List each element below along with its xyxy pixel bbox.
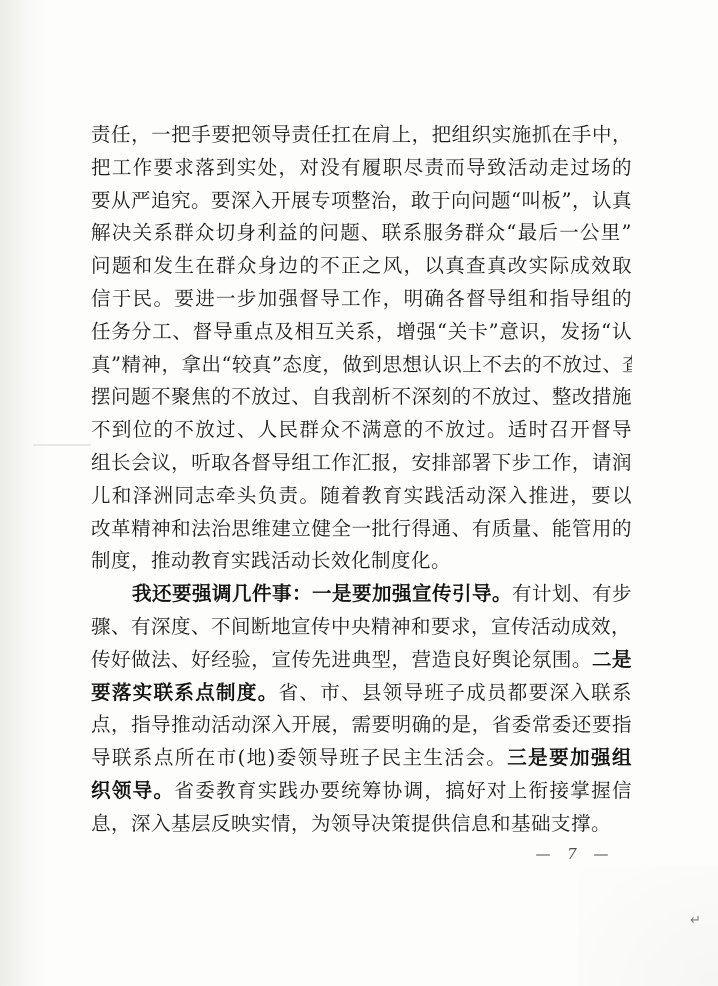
text-line: 点，指导推动活动深入开展，需要明确的是，省委常委还要指 [91,709,632,742]
text-line: 解决关系群众切身利益的问题、联系服务群众“最后一公里” [91,217,632,250]
scan-left-bleed-band [0,0,46,986]
document-page: 责任，一把手要把领导责任扛在肩上，把组织实施抓在手中，把工作要求落到实处，对没有… [0,0,718,986]
text-line: 信于民。要进一步加强督导工作，明确各督导组和指导组的 [91,283,632,316]
text-segment: 真”精神，拿出“较真”态度，做到思想认识上不去的不放过、查 [91,353,632,376]
text-line: 任务分工、督导重点及相互关系，增强“关卡”意识，发扬“认 [91,316,632,349]
text-segment: 组长会议，听取各督导组工作汇报，安排部署下步工作，请润 [91,451,632,474]
text-segment: 任务分工、督导重点及相互关系，增强“关卡”意识，发扬“认 [91,320,632,343]
text-line: 摆问题不聚焦的不放过、自我剖析不深刻的不放过、整改措施 [91,381,632,414]
text-line: 息，深入基层反映实情，为领导决策提供信息和基础支撑。 [91,808,632,841]
text-line: 组长会议，听取各督导组工作汇报，安排部署下步工作，请润 [91,447,632,480]
text-line: 真”精神，拿出“较真”态度，做到思想认识上不去的不放过、查 [91,349,632,382]
text-segment-bold: 三是要加强组 [507,746,632,769]
text-line: 把工作要求落到实处，对没有履职尽责而导致活动走过场的 [91,152,632,185]
text-segment: 责任，一把手要把领导责任扛在肩上，把组织实施抓在手中， [91,123,632,146]
text-segment: 解决关系群众切身利益的问题、联系服务群众“最后一公里” [91,221,632,244]
text-line: 儿和泽洲同志牵头负责。随着教育实践活动深入推进，要以 [91,480,632,513]
page-number: — 7 — [528,845,618,863]
scan-smudge-artifact [33,444,91,446]
text-segment: 息，深入基层反映实情，为领导决策提供信息和基础支撑。 [91,812,611,835]
text-segment: 问题和发生在群众身边的不正之风，以真查真改实际成效取 [91,254,632,277]
text-segment: 把工作要求落到实处，对没有履职尽责而导致活动走过场的 [91,156,632,179]
text-line: 传好做法、好经验，宣传先进典型，营造良好舆论氛围。二是 [91,644,632,677]
text-segment: 骤、有深度、不间断地宣传中央精神和要求，宣传活动成效，宣 [91,615,632,638]
text-segment: 信于民。要进一步加强督导工作，明确各督导组和指导组的 [91,287,632,310]
text-line: 要落实联系点制度。省、市、县领导班子成员都要深入联系 [91,677,632,710]
text-segment-bold: 要落实联系点制度。 [91,681,279,704]
text-segment: 有计划、有步 [512,582,632,605]
text-segment: 省委教育实践办要统筹协调，搞好对上衔接掌握信 [174,779,632,802]
text-line: 织领导。省委教育实践办要统筹协调，搞好对上衔接掌握信 [91,775,632,808]
text-line: 我还要强调几件事：一是要加强宣传引导。有计划、有步 [91,578,632,611]
text-segment: 不到位的不放过、人民群众不满意的不放过。适时召开督导 [91,418,632,441]
body-text-block: 责任，一把手要把领导责任扛在肩上，把组织实施抓在手中，把工作要求落到实处，对没有… [91,119,632,841]
text-segment-bold: 二是 [592,648,632,671]
text-line: 制度，推动教育实践活动长效化制度化。 [91,545,632,578]
text-segment: 改革精神和法治思维建立健全一批行得通、有质量、能管用的 [91,517,632,540]
text-segment: 传好做法、好经验，宣传先进典型，营造良好舆论氛围。 [91,648,592,671]
text-segment: 制度，推动教育实践活动长效化制度化。 [91,549,451,572]
text-line: 改革精神和法治思维建立健全一批行得通、有质量、能管用的 [91,513,632,546]
text-line: 导联系点所在市(地)委领导班子民主生活会。三是要加强组 [91,742,632,775]
text-segment: 要从严追究。要深入开展专项整治，敢于向问题“叫板”，认真 [91,189,632,212]
text-segment: 省、市、县领导班子成员都要深入联系 [279,681,632,704]
text-line: 不到位的不放过、人民群众不满意的不放过。适时召开督导 [91,414,632,447]
text-segment: 摆问题不聚焦的不放过、自我剖析不深刻的不放过、整改措施 [91,385,632,408]
text-segment: 儿和泽洲同志牵头负责。随着教育实践活动深入推进，要以 [91,484,632,507]
text-line: 骤、有深度、不间断地宣传中央精神和要求，宣传活动成效，宣 [91,611,632,644]
text-line: 问题和发生在群众身边的不正之风，以真查真改实际成效取 [91,250,632,283]
text-segment-bold: 织领导。 [91,779,174,802]
text-segment-bold: 我还要强调几件事：一是要加强宣传引导。 [132,582,512,605]
return-mark-icon: ↵ [690,913,701,928]
text-segment: 导联系点所在市(地)委领导班子民主生活会。 [91,746,507,769]
text-line: 要从严追究。要深入开展专项整治，敢于向问题“叫板”，认真 [91,185,632,218]
text-segment: 点，指导推动活动深入开展，需要明确的是，省委常委还要指 [91,713,632,736]
text-line: 责任，一把手要把领导责任扛在肩上，把组织实施抓在手中， [91,119,632,152]
